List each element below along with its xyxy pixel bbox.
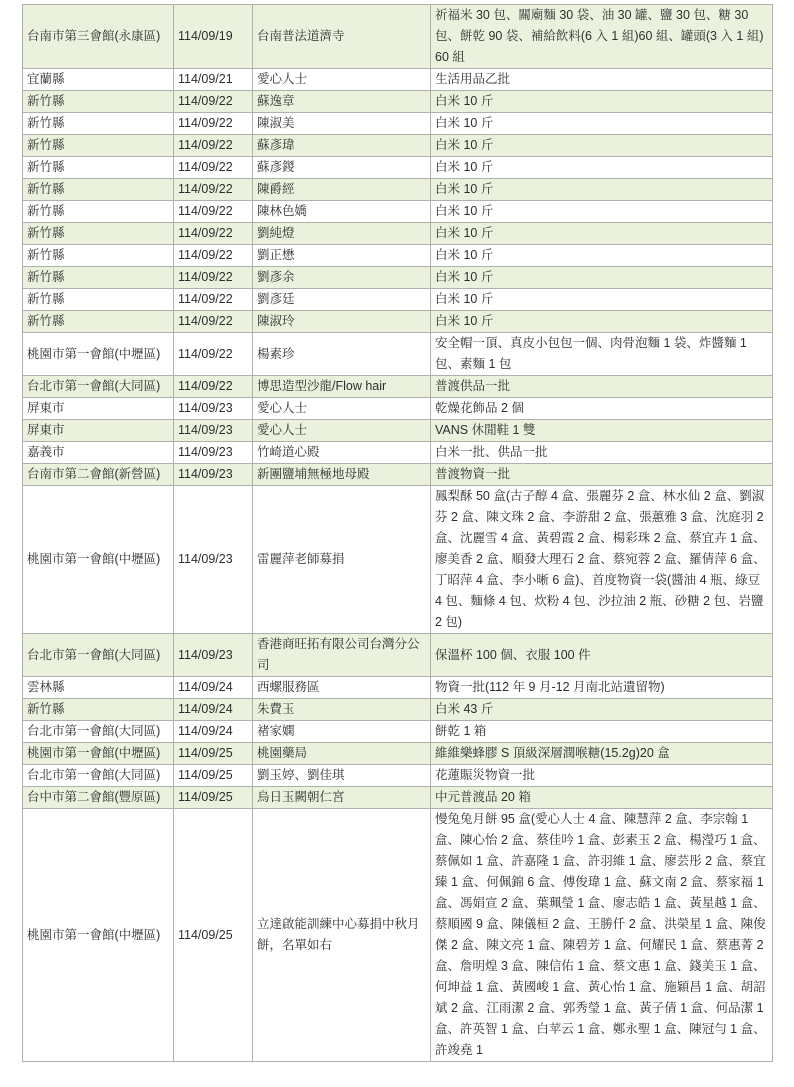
cell-items: 白米 10 斤 [431,135,773,157]
cell-donor: 陳淑美 [253,113,431,135]
cell-donor: 劉彥廷 [253,289,431,311]
table-row: 新竹縣 114/09/22 陳淑玲 白米 10 斤 [23,311,773,333]
table-row: 台北市第一會館(大同區) 114/09/23 香港商旺拓有限公司台灣分公司 保溫… [23,634,773,677]
cell-items: 白米 10 斤 [431,267,773,289]
cell-date: 114/09/22 [174,113,253,135]
cell-location: 雲林縣 [23,677,174,699]
table-row: 新竹縣 114/09/22 劉純燈 白米 10 斤 [23,223,773,245]
cell-date: 114/09/24 [174,721,253,743]
cell-location: 台北市第一會館(大同區) [23,634,174,677]
cell-location: 桃園市第一會館(中壢區) [23,333,174,376]
table-row: 台北市第一會館(大同區) 114/09/24 禇家嫻 餅乾 1 箱 [23,721,773,743]
table-row: 台南市第三會館(永康區) 114/09/19 台南普法道濟寺 祈福米 30 包、… [23,5,773,69]
cell-donor: 西螺服務區 [253,677,431,699]
cell-items: VANS 休閒鞋 1 雙 [431,420,773,442]
cell-date: 114/09/24 [174,699,253,721]
cell-items: 白米 10 斤 [431,311,773,333]
cell-donor: 楊素珍 [253,333,431,376]
cell-date: 114/09/22 [174,223,253,245]
cell-items: 白米 10 斤 [431,201,773,223]
cell-location: 桃園市第一會館(中壢區) [23,809,174,1062]
table-row: 桃園市第一會館(中壢區) 114/09/25 立達啟能訓練中心募捐中秋月餅，名單… [23,809,773,1062]
cell-donor: 蘇彥鍐 [253,157,431,179]
cell-location: 屏東市 [23,420,174,442]
cell-donor: 禇家嫻 [253,721,431,743]
cell-donor: 陳爵經 [253,179,431,201]
cell-date: 114/09/21 [174,69,253,91]
table-row: 桃園市第一會館(中壢區) 114/09/23 雷麗萍老師募捐 鳳梨酥 50 盒(… [23,486,773,634]
cell-date: 114/09/25 [174,809,253,1062]
table-row: 台北市第一會館(大同區) 114/09/25 劉玉婷、劉佳琪 花蓮賑災物資一批 [23,765,773,787]
cell-items: 慢兔兔月餅 95 盒(愛心人士 4 盒、陳慧萍 2 盒、李宗翰 1 盒、陳心怡 … [431,809,773,1062]
cell-location: 新竹縣 [23,311,174,333]
cell-location: 嘉義市 [23,442,174,464]
cell-date: 114/09/23 [174,464,253,486]
cell-items: 白米 10 斤 [431,157,773,179]
table-row: 新竹縣 114/09/22 陳爵經 白米 10 斤 [23,179,773,201]
cell-items: 維維樂蜂膠 S 頂級深層潤喉糖(15.2g)20 盒 [431,743,773,765]
table-row: 新竹縣 114/09/22 陳淑美 白米 10 斤 [23,113,773,135]
table-row: 新竹縣 114/09/24 朱費玉 白米 43 斤 [23,699,773,721]
cell-date: 114/09/22 [174,267,253,289]
cell-items: 花蓮賑災物資一批 [431,765,773,787]
cell-donor: 愛心人士 [253,69,431,91]
cell-donor: 劉彥余 [253,267,431,289]
cell-items: 中元普渡品 20 箱 [431,787,773,809]
cell-items: 鳳梨酥 50 盒(古子醇 4 盒、張麗芬 2 盒、林水仙 2 盒、劉淑芬 2 盒… [431,486,773,634]
cell-donor: 劉正懋 [253,245,431,267]
cell-items: 白米 10 斤 [431,245,773,267]
donation-table-body: 台南市第三會館(永康區) 114/09/19 台南普法道濟寺 祈福米 30 包、… [23,5,773,1062]
cell-date: 114/09/25 [174,765,253,787]
cell-items: 祈福米 30 包、關廟麵 30 袋、油 30 罐、鹽 30 包、糖 30 包、餅… [431,5,773,69]
cell-items: 白米 10 斤 [431,179,773,201]
cell-location: 新竹縣 [23,135,174,157]
cell-date: 114/09/23 [174,442,253,464]
table-row: 新竹縣 114/09/22 陳林色嬌 白米 10 斤 [23,201,773,223]
table-row: 屏東市 114/09/23 愛心人士 乾燥花飾品 2 個 [23,398,773,420]
cell-date: 114/09/24 [174,677,253,699]
cell-location: 桃園市第一會館(中壢區) [23,743,174,765]
cell-date: 114/09/25 [174,743,253,765]
cell-donor: 蘇彥瑋 [253,135,431,157]
cell-date: 114/09/22 [174,376,253,398]
cell-location: 台中市第二會館(豐原區) [23,787,174,809]
cell-date: 114/09/23 [174,486,253,634]
cell-date: 114/09/25 [174,787,253,809]
cell-date: 114/09/22 [174,135,253,157]
table-row: 台北市第一會館(大同區) 114/09/22 博思造型沙龍/Flow hair … [23,376,773,398]
cell-items: 普渡供品一批 [431,376,773,398]
cell-location: 新竹縣 [23,91,174,113]
cell-location: 新竹縣 [23,201,174,223]
cell-items: 普渡物資一批 [431,464,773,486]
table-row: 新竹縣 114/09/22 劉正懋 白米 10 斤 [23,245,773,267]
cell-location: 宜蘭縣 [23,69,174,91]
cell-donor: 新團鹽埔無極地母殿 [253,464,431,486]
cell-items: 保溫杯 100 個、衣服 100 件 [431,634,773,677]
cell-items: 白米 43 斤 [431,699,773,721]
cell-items: 乾燥花飾品 2 個 [431,398,773,420]
table-row: 桃園市第一會館(中壢區) 114/09/25 桃園藥局 維維樂蜂膠 S 頂級深層… [23,743,773,765]
cell-location: 新竹縣 [23,223,174,245]
cell-location: 新竹縣 [23,289,174,311]
cell-items: 白米 10 斤 [431,113,773,135]
cell-donor: 愛心人士 [253,420,431,442]
table-row: 台南市第二會館(新營區) 114/09/23 新團鹽埔無極地母殿 普渡物資一批 [23,464,773,486]
cell-donor: 劉玉婷、劉佳琪 [253,765,431,787]
table-row: 雲林縣 114/09/24 西螺服務區 物資一批(112 年 9 月-12 月南… [23,677,773,699]
cell-date: 114/09/23 [174,634,253,677]
cell-location: 台南市第三會館(永康區) [23,5,174,69]
cell-items: 物資一批(112 年 9 月-12 月南北站遺留物) [431,677,773,699]
table-row: 新竹縣 114/09/22 劉彥余 白米 10 斤 [23,267,773,289]
cell-date: 114/09/19 [174,5,253,69]
cell-location: 台南市第二會館(新營區) [23,464,174,486]
cell-donor: 劉純燈 [253,223,431,245]
cell-location: 台北市第一會館(大同區) [23,765,174,787]
table-row: 台中市第二會館(豐原區) 114/09/25 烏日玉闕朝仁宮 中元普渡品 20 … [23,787,773,809]
cell-donor: 立達啟能訓練中心募捐中秋月餅，名單如右 [253,809,431,1062]
cell-location: 新竹縣 [23,113,174,135]
cell-items: 餅乾 1 箱 [431,721,773,743]
cell-donor: 雷麗萍老師募捐 [253,486,431,634]
cell-donor: 竹崎道心殿 [253,442,431,464]
cell-date: 114/09/22 [174,201,253,223]
cell-date: 114/09/23 [174,398,253,420]
cell-date: 114/09/22 [174,311,253,333]
cell-donor: 博思造型沙龍/Flow hair [253,376,431,398]
cell-date: 114/09/22 [174,179,253,201]
table-row: 新竹縣 114/09/22 蘇彥鍐 白米 10 斤 [23,157,773,179]
cell-donor: 蘇逸章 [253,91,431,113]
cell-donor: 愛心人士 [253,398,431,420]
cell-date: 114/09/22 [174,245,253,267]
table-row: 屏東市 114/09/23 愛心人士 VANS 休閒鞋 1 雙 [23,420,773,442]
cell-location: 新竹縣 [23,245,174,267]
cell-date: 114/09/22 [174,289,253,311]
cell-items: 白米 10 斤 [431,289,773,311]
cell-donor: 朱費玉 [253,699,431,721]
cell-date: 114/09/22 [174,91,253,113]
cell-location: 新竹縣 [23,267,174,289]
cell-items: 安全帽一頂、真皮小包包一個、肉骨泡麵 1 袋、炸醬麵 1 包、素麵 1 包 [431,333,773,376]
cell-date: 114/09/23 [174,420,253,442]
cell-donor: 桃園藥局 [253,743,431,765]
table-row: 嘉義市 114/09/23 竹崎道心殿 白米一批、供品一批 [23,442,773,464]
cell-donor: 台南普法道濟寺 [253,5,431,69]
cell-location: 新竹縣 [23,179,174,201]
cell-location: 屏東市 [23,398,174,420]
donation-table: 台南市第三會館(永康區) 114/09/19 台南普法道濟寺 祈福米 30 包、… [22,4,773,1062]
cell-location: 台北市第一會館(大同區) [23,376,174,398]
cell-location: 新竹縣 [23,157,174,179]
table-row: 新竹縣 114/09/22 蘇彥瑋 白米 10 斤 [23,135,773,157]
cell-items: 生活用品乙批 [431,69,773,91]
table-row: 桃園市第一會館(中壢區) 114/09/22 楊素珍 安全帽一頂、真皮小包包一個… [23,333,773,376]
table-row: 新竹縣 114/09/22 劉彥廷 白米 10 斤 [23,289,773,311]
cell-donor: 陳淑玲 [253,311,431,333]
cell-date: 114/09/22 [174,157,253,179]
table-row: 新竹縣 114/09/22 蘇逸章 白米 10 斤 [23,91,773,113]
cell-donor: 陳林色嬌 [253,201,431,223]
cell-location: 桃園市第一會館(中壢區) [23,486,174,634]
cell-date: 114/09/22 [174,333,253,376]
cell-items: 白米一批、供品一批 [431,442,773,464]
cell-donor: 烏日玉闕朝仁宮 [253,787,431,809]
cell-donor: 香港商旺拓有限公司台灣分公司 [253,634,431,677]
cell-items: 白米 10 斤 [431,91,773,113]
cell-items: 白米 10 斤 [431,223,773,245]
table-row: 宜蘭縣 114/09/21 愛心人士 生活用品乙批 [23,69,773,91]
document-page: 台南市第三會館(永康區) 114/09/19 台南普法道濟寺 祈福米 30 包、… [0,0,794,1087]
cell-location: 新竹縣 [23,699,174,721]
cell-location: 台北市第一會館(大同區) [23,721,174,743]
